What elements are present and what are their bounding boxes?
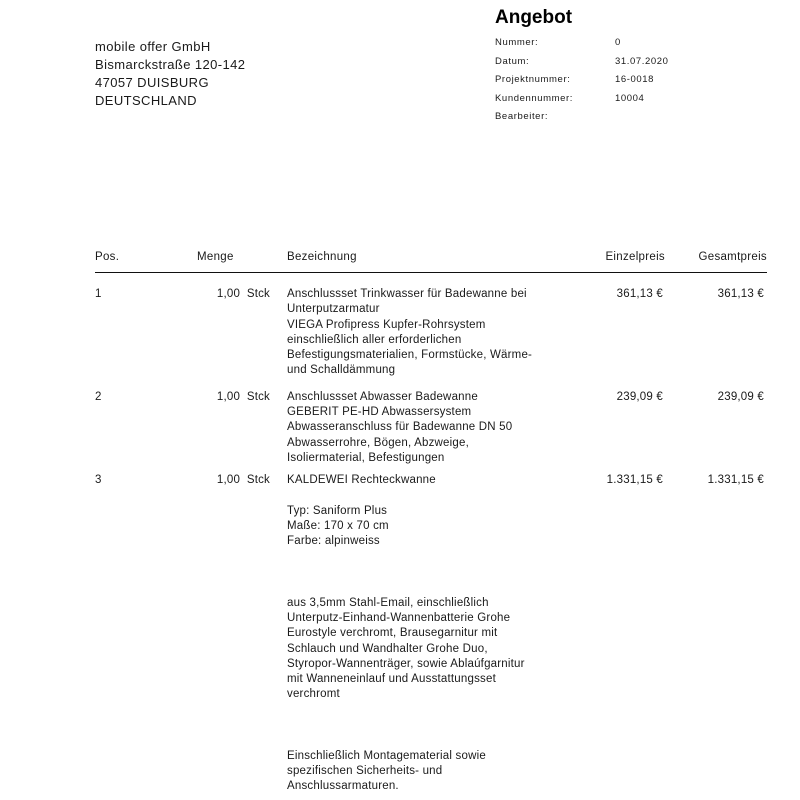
- offer-items-table: Pos. Menge Bezeichnung Einzelpreis Gesam…: [95, 250, 767, 795]
- meta-value: 16-0018: [615, 71, 654, 90]
- cell-bezeichnung: Anschlussset Trinkwasser für Badewanne b…: [287, 287, 577, 379]
- table-row: 21,00 Stck239,09 €239,09 €Anschlussset A…: [95, 390, 767, 466]
- meta-label: Kundennummer:: [495, 90, 615, 109]
- meta-value: 31.07.2020: [615, 53, 669, 72]
- table-row: 11,00 Stck361,13 €361,13 €Anschlussset T…: [95, 287, 767, 379]
- cell-bezeichnung: Anschlussset Abwasser BadewanneGEBERIT P…: [287, 390, 577, 466]
- meta-row-nummer: Nummer: 0: [495, 34, 669, 53]
- description-line: Abwasseranschluss für Badewanne DN 50: [287, 420, 577, 435]
- meta-row-kundennummer: Kundennummer: 10004: [495, 90, 669, 109]
- description-line: [287, 565, 577, 580]
- sender-country: DEUTSCHLAND: [95, 92, 245, 110]
- description-line: Typ: Saniform Plus: [287, 504, 577, 519]
- cell-einzelpreis: 239,09 €: [617, 390, 663, 405]
- header-gesamtpreis: Gesamtpreis: [699, 251, 768, 263]
- header-einzelpreis: Einzelpreis: [605, 251, 665, 263]
- document-title: Angebot: [495, 6, 669, 30]
- header-bezeichnung: Bezeichnung: [287, 251, 357, 263]
- meta-row-projektnummer: Projektnummer: 16-0018: [495, 71, 669, 90]
- description-line: spezifischen Sicherheits- und: [287, 764, 577, 779]
- description-line: [287, 733, 577, 748]
- description-line: Anschlussset Abwasser Badewanne: [287, 390, 577, 405]
- table-body: 11,00 Stck361,13 €361,13 €Anschlussset T…: [95, 287, 767, 795]
- meta-label: Datum:: [495, 53, 615, 72]
- cell-gesamtpreis: 239,09 €: [718, 390, 764, 405]
- description-line: Abwasserrohre, Bögen, Abzweige,: [287, 436, 577, 451]
- cell-gesamtpreis: 1.331,15 €: [708, 473, 764, 488]
- description-line: [287, 703, 577, 718]
- description-line: Styropor-Wannenträger, sowie Ablaúfgarni…: [287, 657, 577, 672]
- header-pos: Pos.: [95, 251, 119, 263]
- cell-menge: 1,00 Stck: [95, 287, 270, 302]
- table-row: 31,00 Stck1.331,15 €1.331,15 €KALDEWEI R…: [95, 473, 767, 794]
- description-line: Befestigungsmaterialien, Formstücke, Wär…: [287, 348, 577, 363]
- meta-label: Projektnummer:: [495, 71, 615, 90]
- description-line: Maße: 170 x 70 cm: [287, 519, 577, 534]
- description-line: und Schalldämmung: [287, 363, 577, 378]
- description-line: Unterputzarmatur: [287, 302, 577, 317]
- description-line: KALDEWEI Rechteckwanne: [287, 473, 577, 488]
- description-line: [287, 550, 577, 565]
- description-line: Einschließlich Montagematerial sowie: [287, 749, 577, 764]
- sender-company: mobile offer GmbH: [95, 38, 245, 56]
- meta-row-datum: Datum: 31.07.2020: [495, 53, 669, 72]
- description-line: mit Wanneneinlauf und Ausstattungsset: [287, 672, 577, 687]
- meta-row-bearbeiter: Bearbeiter:: [495, 108, 669, 127]
- description-line: einschließlich aller erforderlichen: [287, 333, 577, 348]
- description-line: aus 3,5mm Stahl-Email, einschließlich: [287, 596, 577, 611]
- description-line: Schlauch und Wandhalter Grohe Duo,: [287, 642, 577, 657]
- description-line: VIEGA Profipress Kupfer-Rohrsystem: [287, 318, 577, 333]
- meta-label: Bearbeiter:: [495, 108, 615, 127]
- cell-menge: 1,00 Stck: [95, 390, 270, 405]
- meta-value: 0: [615, 34, 621, 53]
- description-line: Anschlussset Trinkwasser für Badewanne b…: [287, 287, 577, 302]
- sender-address: mobile offer GmbH Bismarckstraße 120-142…: [95, 38, 245, 110]
- sender-street: Bismarckstraße 120-142: [95, 56, 245, 74]
- sender-city: 47057 DUISBURG: [95, 74, 245, 92]
- cell-einzelpreis: 361,13 €: [617, 287, 663, 302]
- description-line: [287, 580, 577, 595]
- cell-bezeichnung: KALDEWEI RechteckwanneTyp: Saniform Plus…: [287, 473, 577, 794]
- cell-gesamtpreis: 361,13 €: [718, 287, 764, 302]
- description-line: Anschlussarmaturen.: [287, 779, 577, 794]
- table-header: Pos. Menge Bezeichnung Einzelpreis Gesam…: [95, 250, 767, 273]
- header-menge: Menge: [197, 251, 234, 263]
- description-line: Eurostyle verchromt, Brausegarnitur mit: [287, 626, 577, 641]
- cell-menge: 1,00 Stck: [95, 473, 270, 488]
- description-line: Isoliermaterial, Befestigungen: [287, 451, 577, 466]
- description-line: Unterputz-Einhand-Wannenbatterie Grohe: [287, 611, 577, 626]
- description-line: [287, 718, 577, 733]
- description-line: [287, 489, 577, 504]
- description-line: GEBERIT PE-HD Abwassersystem: [287, 405, 577, 420]
- cell-einzelpreis: 1.331,15 €: [607, 473, 663, 488]
- meta-label: Nummer:: [495, 34, 615, 53]
- description-line: verchromt: [287, 687, 577, 702]
- document-header: Angebot Nummer: 0 Datum: 31.07.2020 Proj…: [495, 6, 669, 127]
- meta-value: 10004: [615, 90, 644, 109]
- description-line: Farbe: alpinweiss: [287, 534, 577, 549]
